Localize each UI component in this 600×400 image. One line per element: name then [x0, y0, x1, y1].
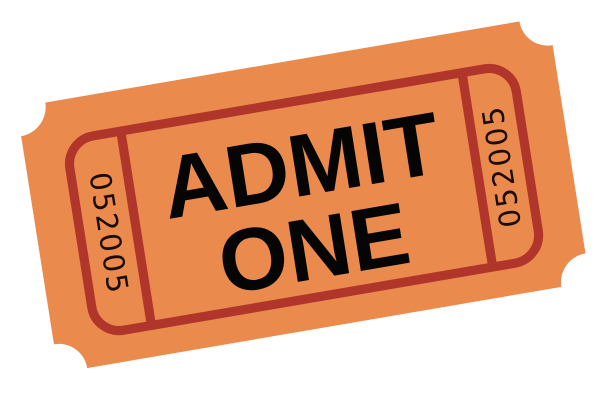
- admit-one-ticket: ADMIT ONE 052005 052005: [0, 0, 600, 400]
- ticket-body-group: ADMIT ONE 052005 052005: [17, 16, 590, 373]
